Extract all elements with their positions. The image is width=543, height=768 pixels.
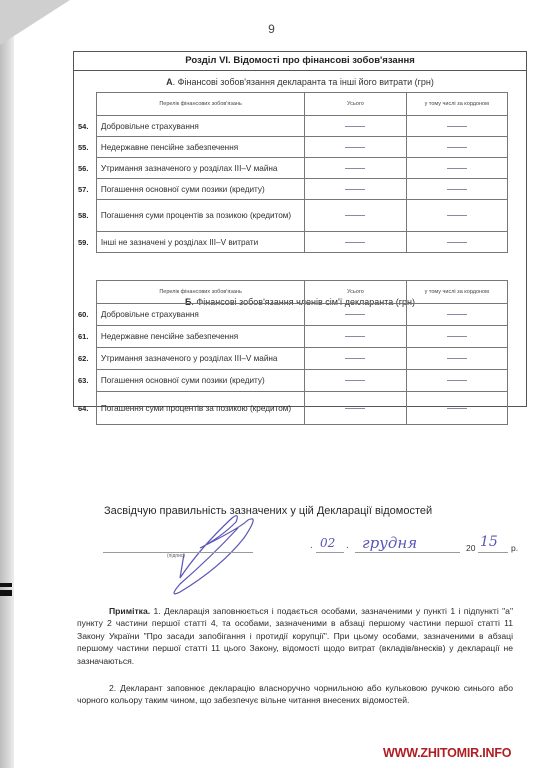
row-abroad-value: [406, 232, 507, 253]
table-row: 54.Добровільне страхування: [78, 116, 508, 137]
row-label: Утримання зазначеного у розділах III–V м…: [96, 348, 304, 370]
table-row: 55.Недержавне пенсійне забезпечення: [78, 137, 508, 158]
scan-edge: [0, 0, 14, 768]
obligations-table-family: Перелік фінансових зобов'язаньУсьогоу то…: [78, 280, 508, 425]
table-row: 64.Погашення суми процентів за позикою (…: [78, 392, 508, 425]
handwritten-dash: [345, 168, 365, 169]
part-a-title: А. Фінансові зобов'язання декларанта та …: [74, 77, 526, 87]
row-label: Утримання зазначеного у розділах III–V м…: [96, 158, 304, 179]
handwritten-dash: [447, 126, 467, 127]
scan-edge-mark: [0, 583, 12, 587]
handwritten-dash: [447, 336, 467, 337]
row-total-value: [305, 348, 406, 370]
date-month: грудня: [362, 534, 417, 552]
row-number: 57.: [78, 179, 96, 200]
page-number: 9: [0, 22, 543, 36]
date-year-line: [478, 552, 508, 553]
handwritten-dash: [345, 215, 365, 216]
table-row: 58.Погашення суми процентів за позикою (…: [78, 200, 508, 232]
row-abroad-value: [406, 370, 507, 392]
row-total-value: [305, 304, 406, 326]
row-total-value: [305, 392, 406, 425]
handwritten-dash: [345, 408, 365, 409]
watermark: WWW.ZHITOMIR.INFO: [383, 746, 511, 760]
row-label: Недержавне пенсійне забезпечення: [96, 137, 304, 158]
table-header-row: Перелік фінансових зобов'язаньУсьогоу то…: [78, 93, 508, 116]
row-total-value: [305, 370, 406, 392]
column-header-total: Усього: [305, 281, 406, 304]
handwritten-dash: [345, 358, 365, 359]
row-total-value: [305, 179, 406, 200]
row-abroad-value: [406, 392, 507, 425]
handwritten-dash: [345, 380, 365, 381]
row-number: 61.: [78, 326, 96, 348]
row-number: 64.: [78, 392, 96, 425]
date-quote-open: .: [310, 540, 313, 551]
table-header-row: Перелік фінансових зобов'язаньУсьогоу то…: [78, 281, 508, 304]
note-2: 2. Декларант заповнює декларацію власнор…: [77, 682, 513, 707]
handwritten-dash: [447, 147, 467, 148]
row-abroad-value: [406, 200, 507, 232]
handwritten-dash: [345, 336, 365, 337]
handwritten-dash: [447, 380, 467, 381]
row-number: 55.: [78, 137, 96, 158]
handwritten-dash: [447, 189, 467, 190]
row-number: 54.: [78, 116, 96, 137]
row-number: 58.: [78, 200, 96, 232]
signature-label: (підпис): [167, 553, 185, 559]
row-number: 56.: [78, 158, 96, 179]
table-row: 56.Утримання зазначеного у розділах III–…: [78, 158, 508, 179]
header-spacer: [78, 281, 96, 304]
column-header-total: Усього: [305, 93, 406, 116]
header-spacer: [78, 93, 96, 116]
row-abroad-value: [406, 137, 507, 158]
row-label: Добровільне страхування: [96, 304, 304, 326]
column-header-abroad: у тому числі за кордоном: [406, 93, 507, 116]
handwritten-dash: [345, 189, 365, 190]
table-row: 60.Добровільне страхування: [78, 304, 508, 326]
row-label: Інші не зазначені у розділах III–V витра…: [96, 232, 304, 253]
row-number: 60.: [78, 304, 96, 326]
column-header-abroad: у тому числі за кордоном: [406, 281, 507, 304]
handwritten-dash: [345, 126, 365, 127]
date-year-unit: р.: [511, 543, 518, 553]
row-total-value: [305, 116, 406, 137]
obligations-table-declarant: Перелік фінансових зобов'язаньУсьогоу то…: [78, 92, 508, 253]
table-row: 63.Погашення основної суми позики (креди…: [78, 370, 508, 392]
table-row: 57.Погашення основної суми позики (креди…: [78, 179, 508, 200]
handwritten-dash: [447, 168, 467, 169]
column-header-list: Перелік фінансових зобов'язань: [96, 93, 304, 116]
row-total-value: [305, 326, 406, 348]
handwritten-dash: [447, 314, 467, 315]
row-label: Добровільне страхування: [96, 116, 304, 137]
date-year-prefix: 20: [466, 543, 475, 553]
note-1: Примітка. 1. Декларація заповнюється і п…: [77, 605, 513, 667]
row-abroad-value: [406, 304, 507, 326]
handwritten-dash: [447, 408, 467, 409]
row-abroad-value: [406, 179, 507, 200]
row-label: Погашення основної суми позики (кредиту): [96, 370, 304, 392]
handwritten-dash: [447, 358, 467, 359]
row-number: 59.: [78, 232, 96, 253]
table-row: 61.Недержавне пенсійне забезпечення: [78, 326, 508, 348]
handwritten-dash: [345, 314, 365, 315]
handwritten-dash: [447, 215, 467, 216]
handwritten-dash: [345, 242, 365, 243]
handwritten-dash: [345, 147, 365, 148]
table-row: 59.Інші не зазначені у розділах III–V ви…: [78, 232, 508, 253]
row-total-value: [305, 232, 406, 253]
date-year-suffix: 15: [480, 534, 498, 550]
signature-scribble: [140, 508, 260, 603]
column-header-list: Перелік фінансових зобов'язань: [96, 281, 304, 304]
row-total-value: [305, 158, 406, 179]
date-month-line: [355, 552, 460, 553]
row-number: 62.: [78, 348, 96, 370]
handwritten-dash: [447, 242, 467, 243]
row-number: 63.: [78, 370, 96, 392]
row-abroad-value: [406, 348, 507, 370]
scan-edge-mark: [0, 590, 12, 596]
row-label: Погашення суми процентів за позикою (кре…: [96, 392, 304, 425]
date-day: 02: [320, 536, 335, 550]
row-abroad-value: [406, 326, 507, 348]
table-row: 62.Утримання зазначеного у розділах III–…: [78, 348, 508, 370]
date-day-line: [316, 552, 344, 553]
row-label: Погашення суми процентів за позикою (кре…: [96, 200, 304, 232]
row-abroad-value: [406, 116, 507, 137]
section-title: Розділ VI. Відомості про фінансові зобов…: [74, 52, 526, 71]
row-total-value: [305, 137, 406, 158]
row-label: Недержавне пенсійне забезпечення: [96, 326, 304, 348]
date-quote-close: .: [346, 540, 349, 551]
row-label: Погашення основної суми позики (кредиту): [96, 179, 304, 200]
row-total-value: [305, 200, 406, 232]
row-abroad-value: [406, 158, 507, 179]
